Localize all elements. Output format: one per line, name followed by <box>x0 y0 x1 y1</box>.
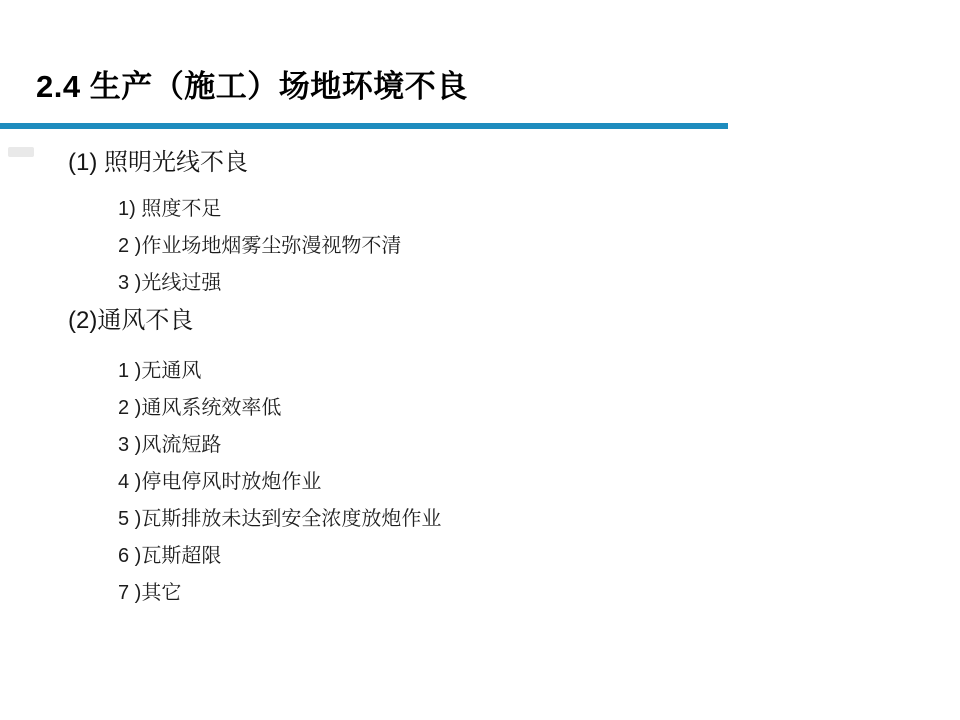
list-item: 6 )瓦斯超限 <box>118 538 960 575</box>
slide-title: 2.4 生产（施工）场地环境不良 <box>36 68 468 105</box>
section-heading-ventilation: (2)通风不良 <box>68 306 960 336</box>
list-item: 4 )停电停风时放炮作业 <box>118 464 960 501</box>
presentation-slide: 2.4 生产（施工）场地环境不良 (1) 照明光线不良 1) 照度不足 2 )作… <box>0 0 960 720</box>
list-item: 5 )瓦斯排放未达到安全浓度放炮作业 <box>118 501 960 538</box>
list-item: 2 )作业场地烟雾尘弥漫视物不清 <box>118 228 960 265</box>
list-item: 3 )光线过强 <box>118 265 960 302</box>
list-item: 3 )风流短路 <box>118 427 960 464</box>
list-item: 1) 照度不足 <box>118 191 960 228</box>
section-heading-lighting: (1) 照明光线不良 <box>68 148 960 178</box>
list-item: 7 )其它 <box>118 575 960 612</box>
ventilation-item-list: 1 )无通风 2 )通风系统效率低 3 )风流短路 4 )停电停风时放炮作业 5… <box>118 353 960 612</box>
list-item: 1 )无通风 <box>118 353 960 390</box>
list-item: 2 )通风系统效率低 <box>118 390 960 427</box>
lighting-item-list: 1) 照度不足 2 )作业场地烟雾尘弥漫视物不清 3 )光线过强 <box>118 191 960 302</box>
slide-body: (1) 照明光线不良 1) 照度不足 2 )作业场地烟雾尘弥漫视物不清 3 )光… <box>0 148 960 612</box>
title-underline-rule <box>0 123 728 129</box>
